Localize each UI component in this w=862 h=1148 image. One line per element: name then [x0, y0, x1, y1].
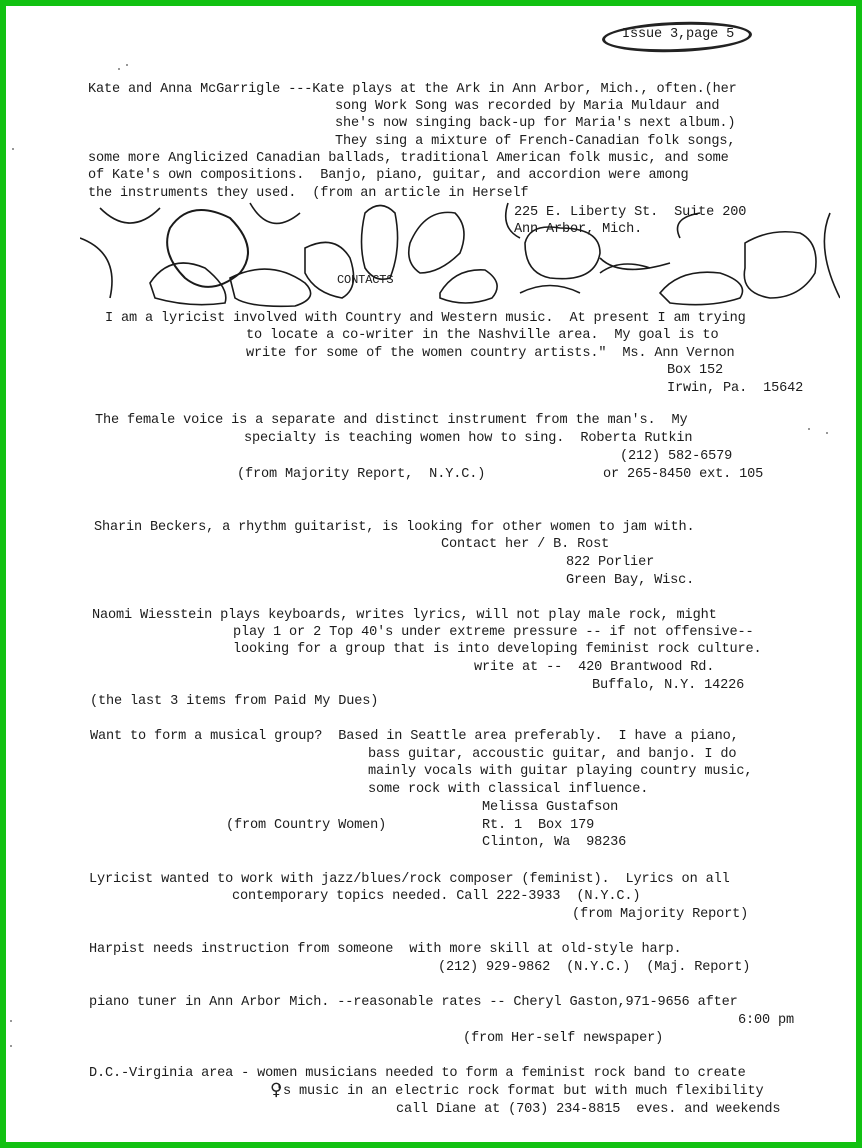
address-line: Box 152 [667, 363, 723, 379]
text-line: 's music in an electric rock format but … [267, 1084, 763, 1100]
text-line: call Diane at (703) 234-8815 eves. and w… [396, 1102, 780, 1118]
female-symbol-icon: ♀ [270, 1082, 282, 1099]
source-line: (from Her-self newspaper) [463, 1031, 663, 1047]
text-line: D.C.-Virginia area - women musicians nee… [89, 1066, 746, 1082]
text-line: song Work Song was recorded by Maria Mul… [335, 99, 719, 115]
address-line: write at -- 420 Brantwood Rd. [474, 660, 714, 676]
text-line: to locate a co-writer in the Nashville a… [246, 328, 718, 344]
address-line: Clinton, Wa 98236 [482, 835, 626, 851]
page-label: Issue 3,page 5 [622, 27, 734, 43]
text-line: Contact her / B. Rost [441, 537, 609, 553]
text-line: They sing a mixture of French-Canadian f… [335, 134, 735, 150]
scan-speck [808, 428, 810, 430]
text-line: looking for a group that is into develop… [233, 642, 762, 658]
text-line: some more Anglicized Canadian ballads, t… [88, 151, 729, 167]
text-line: contemporary topics needed. Call 222-393… [232, 889, 640, 905]
address-line: Irwin, Pa. 15642 [667, 381, 803, 397]
address-line: Rt. 1 Box 179 [482, 818, 594, 834]
scan-speck [10, 1020, 12, 1022]
text-line: Lyricist wanted to work with jazz/blues/… [89, 872, 730, 888]
scan-speck [10, 1045, 12, 1047]
scan-speck [126, 64, 128, 66]
scan-speck [12, 148, 14, 150]
text-line: The female voice is a separate and disti… [95, 413, 688, 429]
address-line: Buffalo, N.Y. 14226 [592, 678, 744, 694]
text-line: some rock with classical influence. [368, 782, 648, 798]
scan-speck [826, 432, 828, 434]
text-line: play 1 or 2 Top 40's under extreme press… [233, 625, 754, 641]
text-line: Want to form a musical group? Based in S… [90, 729, 739, 745]
text-line: of Kate's own compositions. Banjo, piano… [88, 168, 689, 184]
source-line: (from Majority Report, N.Y.C.) [237, 467, 485, 483]
phone-line: (212) 929-9862 (N.Y.C.) (Maj. Report) [438, 960, 750, 976]
text-line: mainly vocals with guitar playing countr… [368, 764, 752, 780]
source-line: (from Majority Report) [572, 907, 748, 923]
contacts-heading: CONTACTS [337, 272, 393, 288]
text-line: piano tuner in Ann Arbor Mich. --reasona… [89, 995, 738, 1011]
source-line: (the last 3 items from Paid My Dues) [90, 694, 378, 710]
text-line: specialty is teaching women how to sing.… [244, 431, 692, 447]
phone-line: or 265-8450 ext. 105 [603, 467, 763, 483]
contacts-banner-decoration [80, 198, 840, 308]
text-line: I am a lyricist involved with Country an… [105, 311, 746, 327]
text-line: Naomi Wiesstein plays keyboards, writes … [92, 608, 717, 624]
text-line: Kate and Anna McGarrigle ---Kate plays a… [88, 82, 737, 98]
address-line: Green Bay, Wisc. [566, 573, 694, 589]
scan-speck [118, 68, 120, 70]
text-line: Harpist needs instruction from someone w… [89, 942, 682, 958]
text-line: write for some of the women country arti… [246, 346, 734, 362]
phone-line: (212) 582-6579 [620, 449, 732, 465]
text-line: 6:00 pm [738, 1013, 794, 1029]
address-line: 822 Porlier [566, 555, 654, 571]
text-line: Sharin Beckers, a rhythm guitarist, is l… [94, 520, 695, 536]
source-line: (from Country Women) [226, 818, 386, 834]
text-line: bass guitar, accoustic guitar, and banjo… [368, 747, 736, 763]
text-line: she's now singing back-up for Maria's ne… [335, 116, 735, 132]
address-line: Melissa Gustafson [482, 800, 618, 816]
